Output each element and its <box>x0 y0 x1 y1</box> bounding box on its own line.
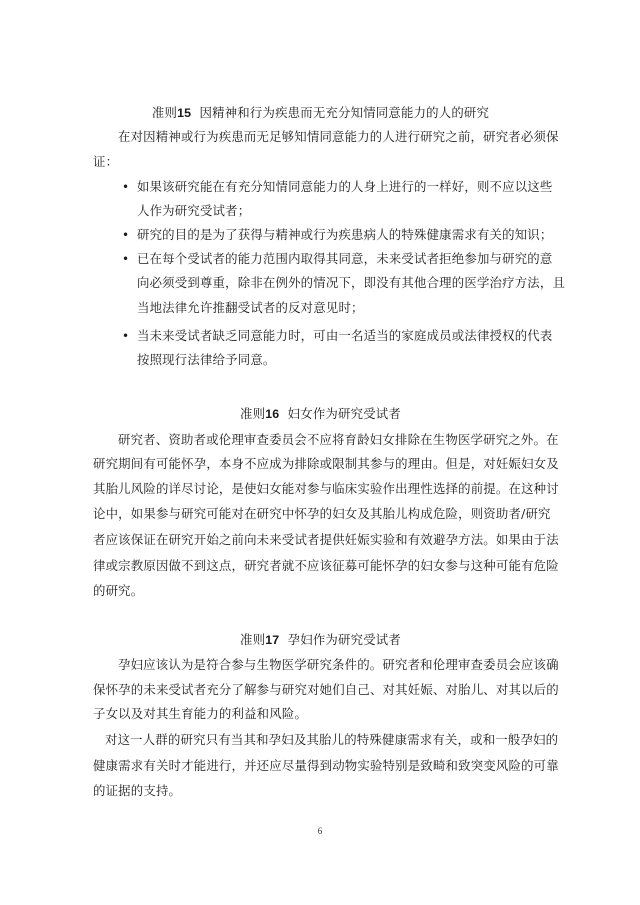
paragraph-line: 孕妇应该认为是符合参与生物医学研究条件的。研究者和伦理审查委员会应该确 <box>118 657 548 673</box>
heading-number: 16 <box>265 407 279 421</box>
heading-title: 因精神和行为疾患而无充分知情同意能力的人的研究 <box>200 105 490 120</box>
bullet-icon: • <box>122 251 129 267</box>
guideline-17-heading: 准则17 孕妇作为研究受试者 <box>93 632 548 648</box>
bullet-item: • 已在每个受试者的能力范围内取得其同意，未来受试者拒绝参加与研究的意 <box>137 251 548 267</box>
paragraph-line: 保怀孕的未来受试者充分了解参与研究对她们自己、对其妊娠、对胎儿、对其以后的 <box>93 682 548 698</box>
bullet-text: 已在每个受试者的能力范围内取得其同意，未来受试者拒绝参加与研究的意 <box>137 251 553 266</box>
heading-title: 妇女作为研究受试者 <box>288 406 401 421</box>
paragraph-line: 在对因精神或行为疾患而无足够知情同意能力的人进行研究之前，研究者必须保 <box>118 129 548 145</box>
heading-number: 17 <box>265 633 279 647</box>
bullet-continuation: 人作为研究受试者； <box>137 203 548 219</box>
heading-prefix: 准则 <box>240 632 265 647</box>
paragraph-line: 研究期间有可能怀孕，本身不应成为排除或限制其参与的理由。但是，对妊娠妇女及 <box>93 456 548 472</box>
bullet-continuation: 按照现行法律给予同意。 <box>137 352 548 368</box>
paragraph-line: 对这一人群的研究只有当其和孕妇及其胎儿的特殊健康需求有关，或和一般孕妇的 <box>105 732 560 748</box>
heading-prefix: 准则 <box>152 105 177 120</box>
heading-title: 孕妇作为研究受试者 <box>288 632 401 647</box>
heading-number: 15 <box>177 106 191 120</box>
heading-prefix: 准则 <box>240 406 265 421</box>
paragraph-line: 者应该保证在研究开始之前向未来受试者提供妊娠实验和有效避孕方法。如果由于法 <box>93 532 548 548</box>
bullet-text: 当未来受试者缺乏同意能力时，可由一名适当的家庭成员或法律授权的代表 <box>137 328 553 343</box>
bullet-text: 研究的目的是为了获得与精神或行为疾患病人的特殊健康需求有关的知识； <box>137 227 553 242</box>
bullet-item: • 如果该研究能在有充分知情同意能力的人身上进行的一样好，则不应以这些 <box>137 179 548 195</box>
paragraph-line: 研究者、资助者或伦理审查委员会不应将育龄妇女排除在生物医学研究之外。在 <box>118 432 548 448</box>
bullet-continuation: 当地法律允许推翻受试者的反对意见时； <box>137 300 548 316</box>
bullet-icon: • <box>122 227 129 243</box>
paragraph-line: 律或宗教原因做不到这点，研究者就不应该征募可能怀孕的妇女参与这种可能有危险 <box>93 558 548 574</box>
bullet-item: • 研究的目的是为了获得与精神或行为疾患病人的特殊健康需求有关的知识； <box>137 227 548 243</box>
guideline-15-heading: 准则15 因精神和行为疾患而无充分知情同意能力的人的研究 <box>93 105 548 121</box>
paragraph-line: 论中，如果参与研究可能对在研究中怀孕的妇女及其胎儿构成危险，则资助者/研究 <box>93 506 548 522</box>
bullet-icon: • <box>122 179 129 195</box>
bullet-icon: • <box>122 328 129 344</box>
paragraph-line: 的证据的支持。 <box>93 783 548 799</box>
page-number: 6 <box>0 826 640 836</box>
bullet-item: • 当未来受试者缺乏同意能力时，可由一名适当的家庭成员或法律授权的代表 <box>137 328 548 344</box>
paragraph-line: 子女以及对其生育能力的利益和风险。 <box>93 706 548 722</box>
bullet-continuation: 向必须受到尊重，除非在例外的情况下，即没有其他合理的医学治疗方法，且 <box>137 275 548 291</box>
guideline-16-heading: 准则16 妇女作为研究受试者 <box>93 406 548 422</box>
paragraph-line: 健康需求有关时才能进行，并还应尽量得到动物实验特别是致畸和致突变风险的可靠 <box>93 758 548 774</box>
paragraph-line: 其胎儿风险的详尽讨论，是使妇女能对参与临床实验作出理性选择的前提。在这种讨 <box>93 481 548 497</box>
paragraph-line: 证： <box>93 154 548 170</box>
paragraph-line: 的研究。 <box>93 583 548 599</box>
bullet-text: 如果该研究能在有充分知情同意能力的人身上进行的一样好，则不应以这些 <box>137 179 553 194</box>
